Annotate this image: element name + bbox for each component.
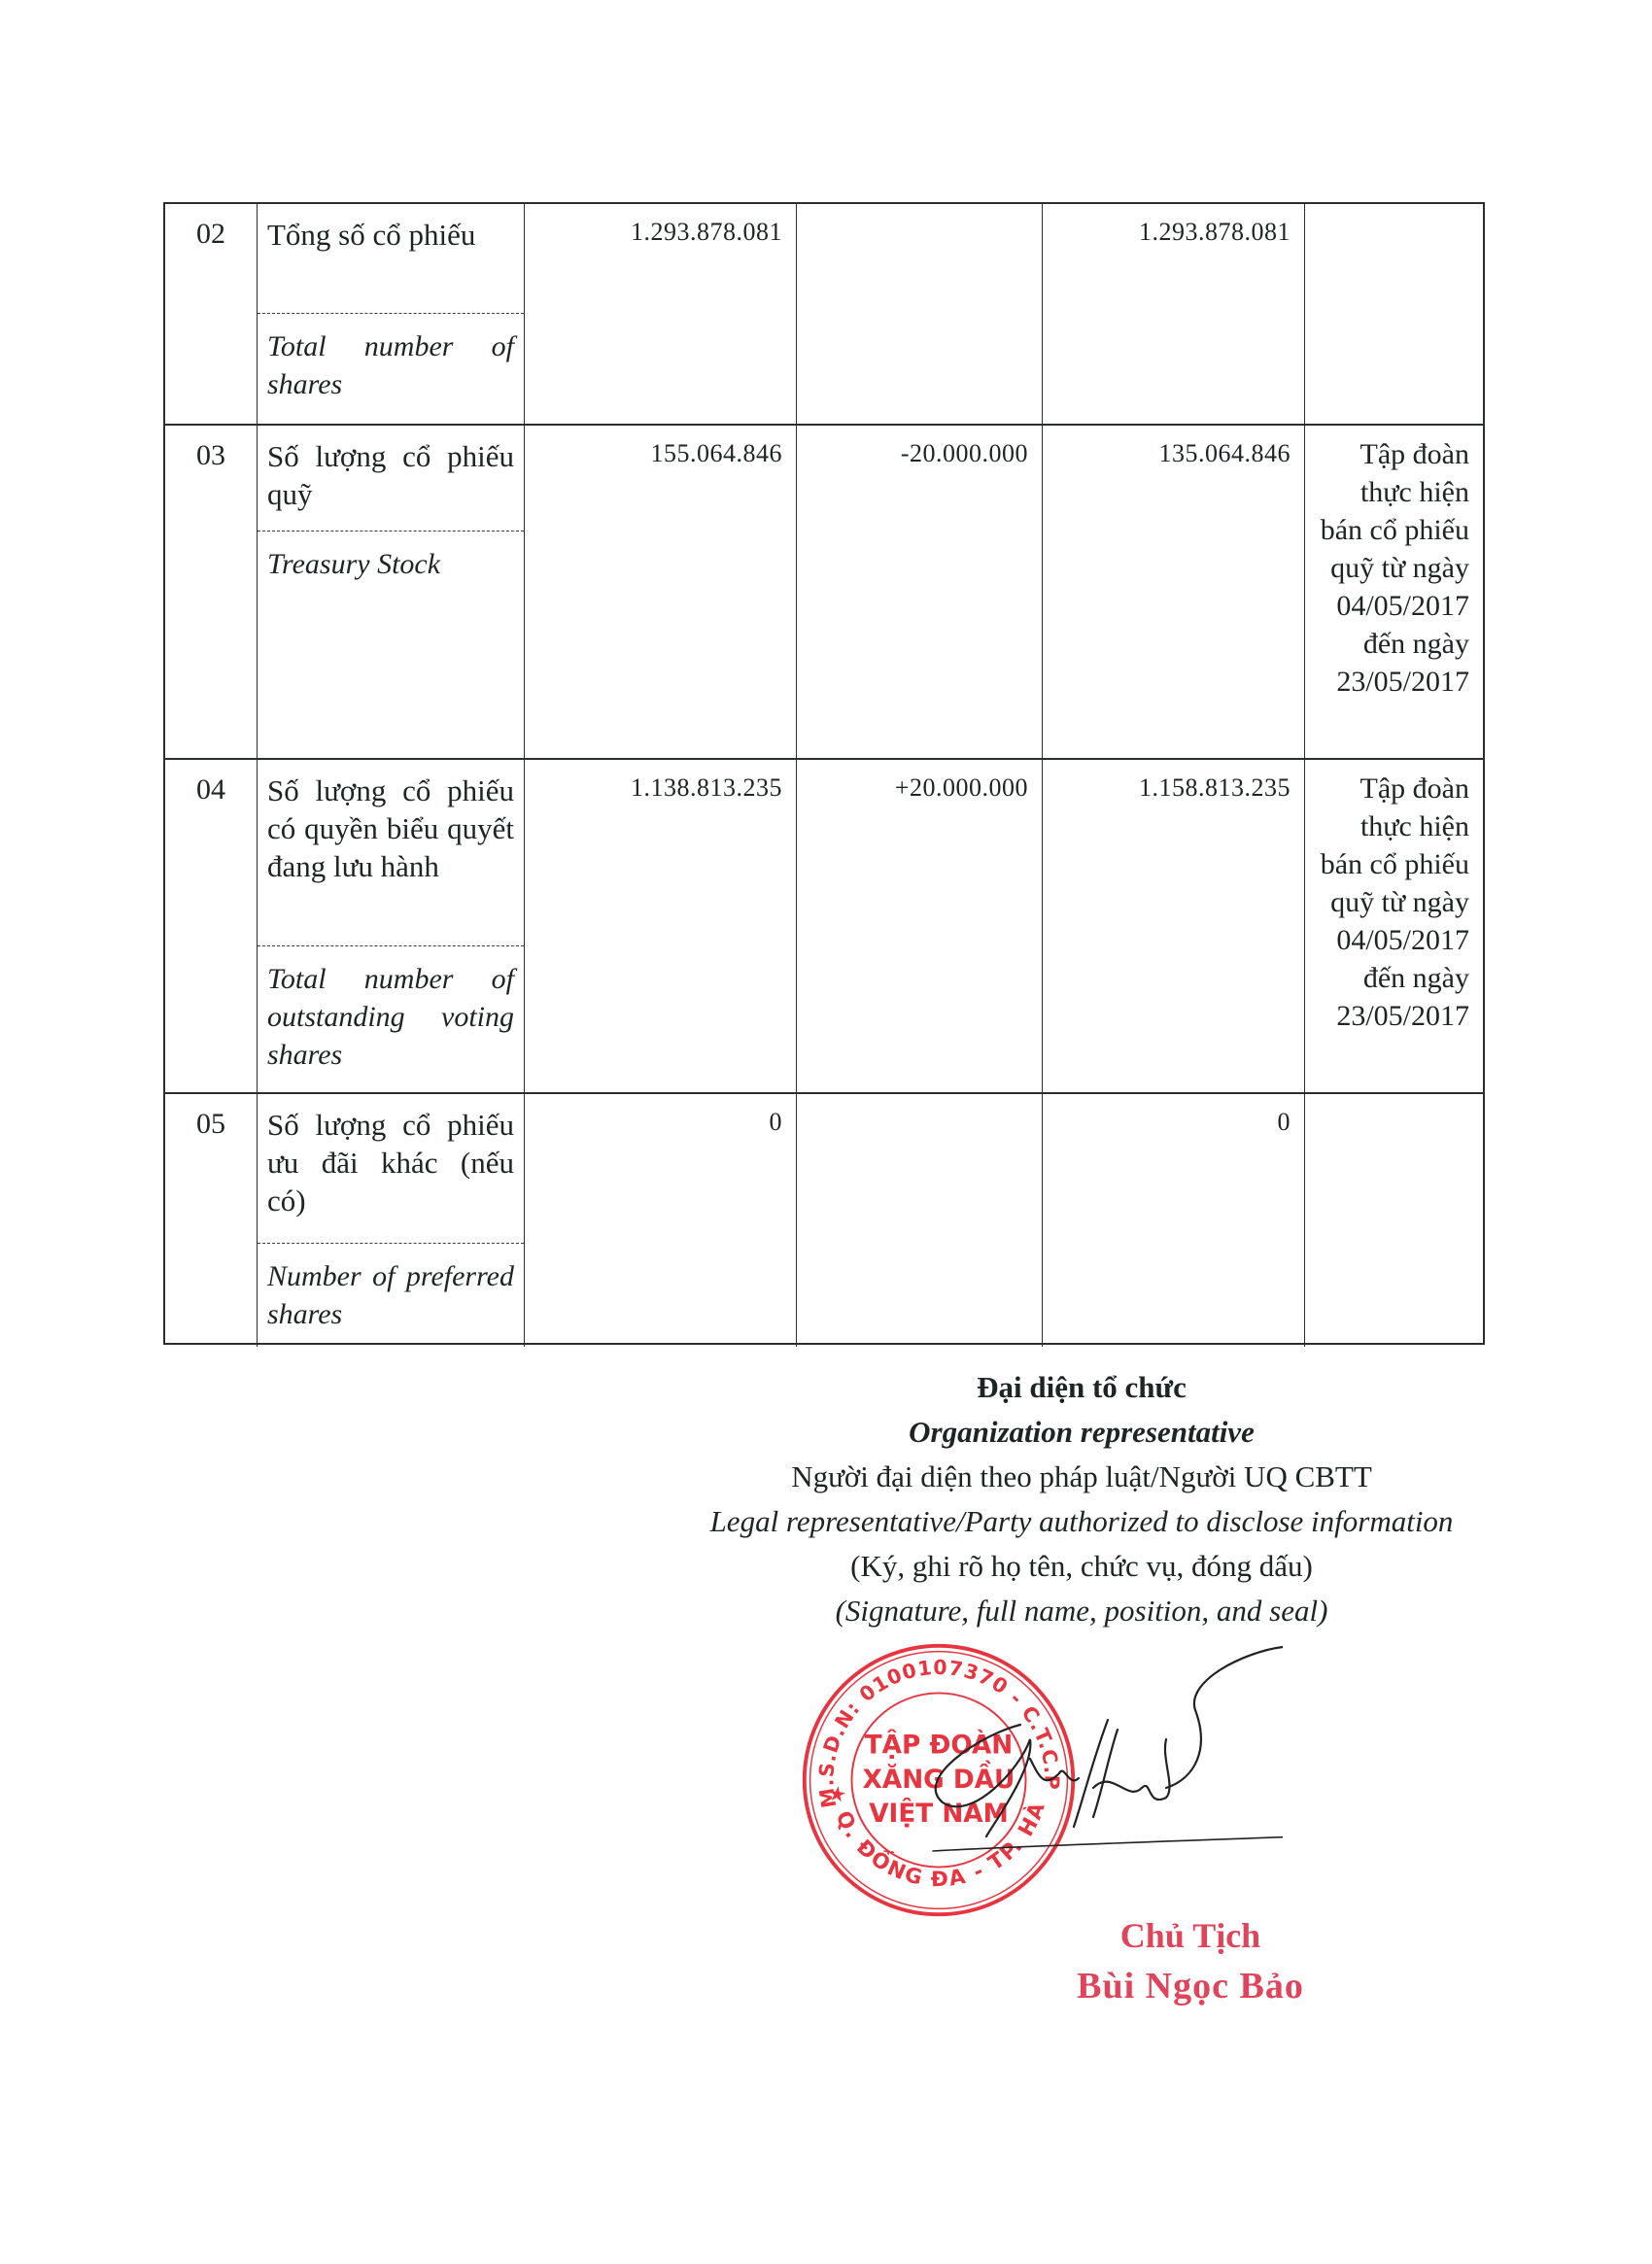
row-description: Số lượng cổ phiếu có quyền biểu quyết đa… xyxy=(257,760,524,1092)
instruction-en: (Signature, full name, position, and sea… xyxy=(622,1589,1541,1633)
role-en: Legal representative/Party authorized to… xyxy=(622,1499,1541,1544)
row-number: 04 xyxy=(165,760,257,1092)
description-en: Number of preferred shares xyxy=(258,1243,524,1347)
table-row: 03 Số lượng cổ phiếu quỹ Treasury Stock … xyxy=(165,424,1483,758)
heading-vi: Đại diện tổ chức xyxy=(622,1365,1541,1410)
signer-position: Chủ Tịch xyxy=(1030,1912,1351,1959)
row-description: Số lượng cổ phiếu ưu đãi khác (nếu có) N… xyxy=(257,1094,524,1347)
row-number: 02 xyxy=(165,204,257,424)
value-after: 0 xyxy=(1042,1094,1304,1347)
value-change xyxy=(796,1094,1042,1347)
row-number: 05 xyxy=(165,1094,257,1347)
description-en: Total number of shares xyxy=(258,313,524,424)
value-before: 1.293.878.081 xyxy=(524,204,796,424)
role-vi: Người đại diện theo pháp luật/Người UQ C… xyxy=(622,1455,1541,1499)
description-en: Treasury Stock xyxy=(258,531,524,758)
row-description: Số lượng cổ phiếu quỹ Treasury Stock xyxy=(257,426,524,758)
description-en: Total number of outstanding voting share… xyxy=(258,945,524,1092)
value-change: -20.000.000 xyxy=(796,426,1042,758)
row-note xyxy=(1304,1094,1483,1347)
handwritten-signature-icon xyxy=(875,1642,1283,1895)
description-vi: Số lượng cổ phiếu ưu đãi khác (nếu có) xyxy=(258,1094,524,1243)
row-number: 03 xyxy=(165,426,257,758)
row-note xyxy=(1304,204,1483,424)
row-note: Tập đoàn thực hiện bán cổ phiếu quỹ từ n… xyxy=(1304,426,1483,758)
value-before: 1.138.813.235 xyxy=(524,760,796,1092)
description-vi: Số lượng cổ phiếu quỹ xyxy=(258,426,524,531)
value-after: 1.293.878.081 xyxy=(1042,204,1304,424)
value-before: 0 xyxy=(524,1094,796,1347)
heading-en: Organization representative xyxy=(622,1410,1541,1455)
value-after: 135.064.846 xyxy=(1042,426,1304,758)
instruction-vi: (Ký, ghi rõ họ tên, chức vụ, đóng dấu) xyxy=(622,1544,1541,1589)
table-row: 05 Số lượng cổ phiếu ưu đãi khác (nếu có… xyxy=(165,1092,1483,1343)
signer-name: Bùi Ngọc Bảo xyxy=(1011,1963,1370,2009)
share-structure-table: 02 Tổng số cổ phiếu Total number of shar… xyxy=(163,202,1485,1345)
document-page: 02 Tổng số cổ phiếu Total number of shar… xyxy=(0,0,1652,2264)
row-note: Tập đoàn thực hiện bán cổ phiếu quỹ từ n… xyxy=(1304,760,1483,1092)
table-row: 04 Số lượng cổ phiếu có quyền biểu quyết… xyxy=(165,758,1483,1092)
description-vi: Số lượng cổ phiếu có quyền biểu quyết đa… xyxy=(258,760,524,945)
description-vi: Tổng số cổ phiếu xyxy=(258,204,524,313)
row-description: Tổng số cổ phiếu Total number of shares xyxy=(257,204,524,424)
value-after: 1.158.813.235 xyxy=(1042,760,1304,1092)
signature-block: Đại diện tổ chức Organization representa… xyxy=(622,1365,1541,1633)
value-change xyxy=(796,204,1042,424)
value-change: +20.000.000 xyxy=(796,760,1042,1092)
value-before: 155.064.846 xyxy=(524,426,796,758)
table-row: 02 Tổng số cổ phiếu Total number of shar… xyxy=(165,204,1483,424)
